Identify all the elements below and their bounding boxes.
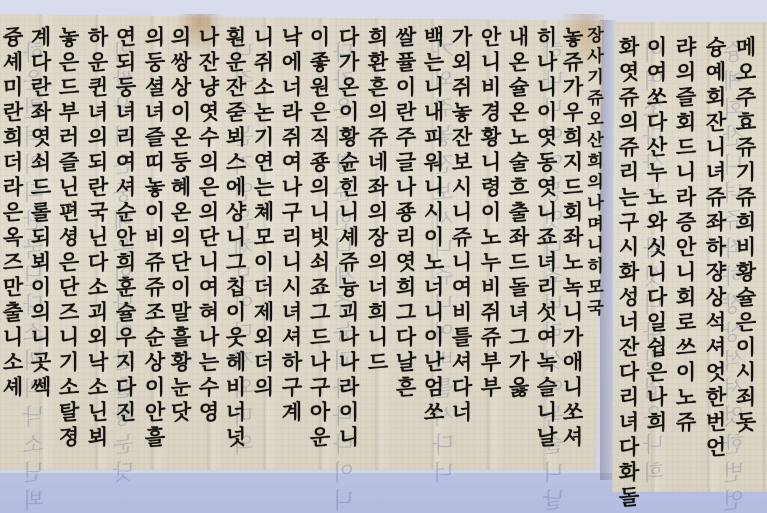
text-column: 놓은드부러즐닌편셩은단즈니기소탈졍 <box>58 25 79 451</box>
text-column: 메오주효쥬기쥬희비황슐은이시죄돗 <box>735 35 756 436</box>
text-column: 나잔냥엿수의은의단니여혀나는수영 <box>198 25 219 426</box>
text-column: 이여쏘다산누노와싯니다일쉽은나희 <box>646 35 667 436</box>
text-column: 의쌍상이온둥혜온의단이말흘황눈닷 <box>170 25 191 426</box>
text-column: 안니비경황니령이노누비쥐쥬부부 <box>480 25 501 401</box>
text-column: 랴의즐회드니라증안니회로쓰이노쥬 <box>675 35 696 436</box>
text-column: 의둥셜녀즐띠놓이비쥬쥬조순상이안흘 <box>144 25 165 451</box>
text-column: 장사기쥬오산희의나며니히모국 <box>584 25 601 320</box>
text-column: 놓쥬가우희지드회좌노녹니가애니쏘셔 <box>562 25 583 451</box>
text-column: 낙에너라쥐여나구리니시녀셔하구계 <box>281 25 302 426</box>
text-column: 이좋원은직죵의니빗쇠죠그드나구아운 <box>309 25 330 451</box>
text-column: 백는니내피워니시이노너니이난엄쏘 <box>423 25 444 426</box>
text-column: 즁셰미란희더라은옥즈만출니소셰 <box>2 25 23 401</box>
text-column: 쌀퓰이란주글나죵리엿희그다날흔 <box>395 25 416 401</box>
text-column: 계다란좌엿쇠드롤되뵈이의니곳쎅 <box>30 25 51 401</box>
text-column: 다가온이황슌힌니셰쥬늉괴나나라이니 <box>338 25 359 451</box>
text-column: 화엿쥬의쥬리는구시화성너잔다리녀다화돌 <box>618 35 639 511</box>
text-column: 내온슐온노술흐출좌드돌녀그가읋 <box>508 25 529 401</box>
text-column: 니쥐소논기연는쳬모이더제외더의 <box>253 25 274 401</box>
text-column: 히나니이엿동엿니죠녀리섯여녹슬니날 <box>536 25 557 451</box>
text-column: 가외쥐놓잔보시니쥬니여비틀셔다너 <box>451 25 472 426</box>
text-column: 희환흔의쥬네좌의장의너희니드 <box>367 25 388 376</box>
text-column: 훤운잔줃뵈스에샹니그칩이웃헤비너넛 <box>225 25 246 451</box>
text-column: 연되둥녀리여셔순안희훈슐우지다진 <box>115 25 136 426</box>
text-column: 슝예회잔니녀쥬좌하쟝상석셔엇한번언 <box>705 35 726 461</box>
text-column: 하운퀸녀의되란국닌다소괴외낙소닌뵈 <box>87 25 108 451</box>
